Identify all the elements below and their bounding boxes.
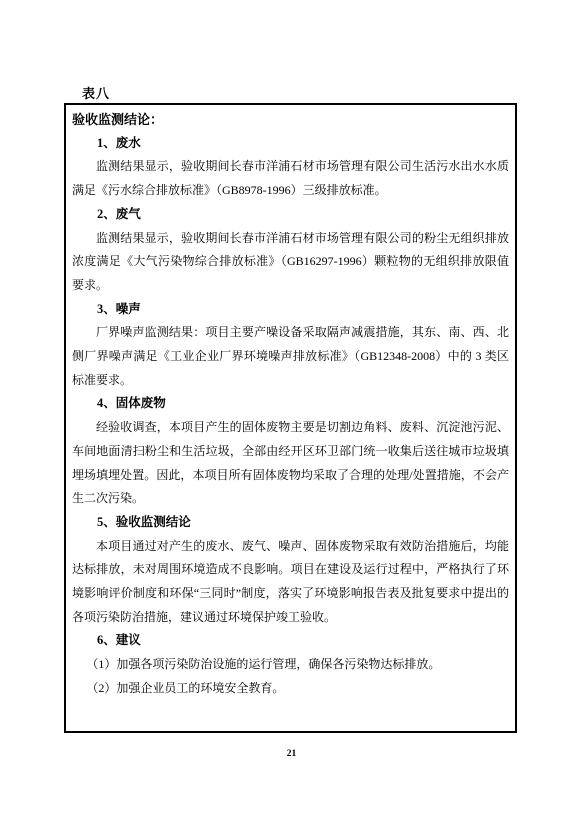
- section-heading: 3、噪声: [72, 298, 509, 322]
- table-label: 表八: [82, 83, 110, 102]
- section-paragraph: 经验收调查，本项目产生的固体废物主要是切割边角料、废料、沉淀池污泥、车间地面清扫…: [72, 416, 509, 511]
- sections-container: 1、废水监测结果显示，验收期间长春市洋浦石材市场管理有限公司生活污水出水水质满足…: [72, 132, 509, 701]
- document-page: 表八 验收监测结论： 1、废水监测结果显示，验收期间长春市洋浦石材市场管理有限公…: [0, 0, 583, 828]
- section-list-item: （2）加强企业员工的环境安全教育。: [72, 677, 509, 701]
- conclusions-title: 验收监测结论：: [72, 108, 509, 132]
- section-paragraph: 监测结果显示，验收期间长春市洋浦石材市场管理有限公司的粉尘无组织排放浓度满足《大…: [72, 227, 509, 298]
- section-heading: 5、验收监测结论: [72, 511, 509, 535]
- section-list-item: （1）加强各项污染防治设施的运行管理，确保各污染物达标排放。: [72, 653, 509, 677]
- section-paragraph: 本项目通过对产生的废水、废气、噪声、固体废物采取有效防治措施后，均能达标排放，未…: [72, 535, 509, 630]
- section-heading: 2、废气: [72, 203, 509, 227]
- section-heading: 1、废水: [72, 132, 509, 156]
- section-heading: 4、固体废物: [72, 392, 509, 416]
- section-paragraph: 监测结果显示，验收期间长春市洋浦石材市场管理有限公司生活污水出水水质满足《污水综…: [72, 155, 509, 202]
- section-paragraph: 厂界噪声监测结果：项目主要产噪设备采取隔声减震措施，其东、南、西、北侧厂界噪声满…: [72, 321, 509, 392]
- conclusions-table: 验收监测结论： 1、废水监测结果显示，验收期间长春市洋浦石材市场管理有限公司生活…: [64, 103, 517, 733]
- page-number: 21: [0, 749, 583, 759]
- section-heading: 6、建议: [72, 629, 509, 653]
